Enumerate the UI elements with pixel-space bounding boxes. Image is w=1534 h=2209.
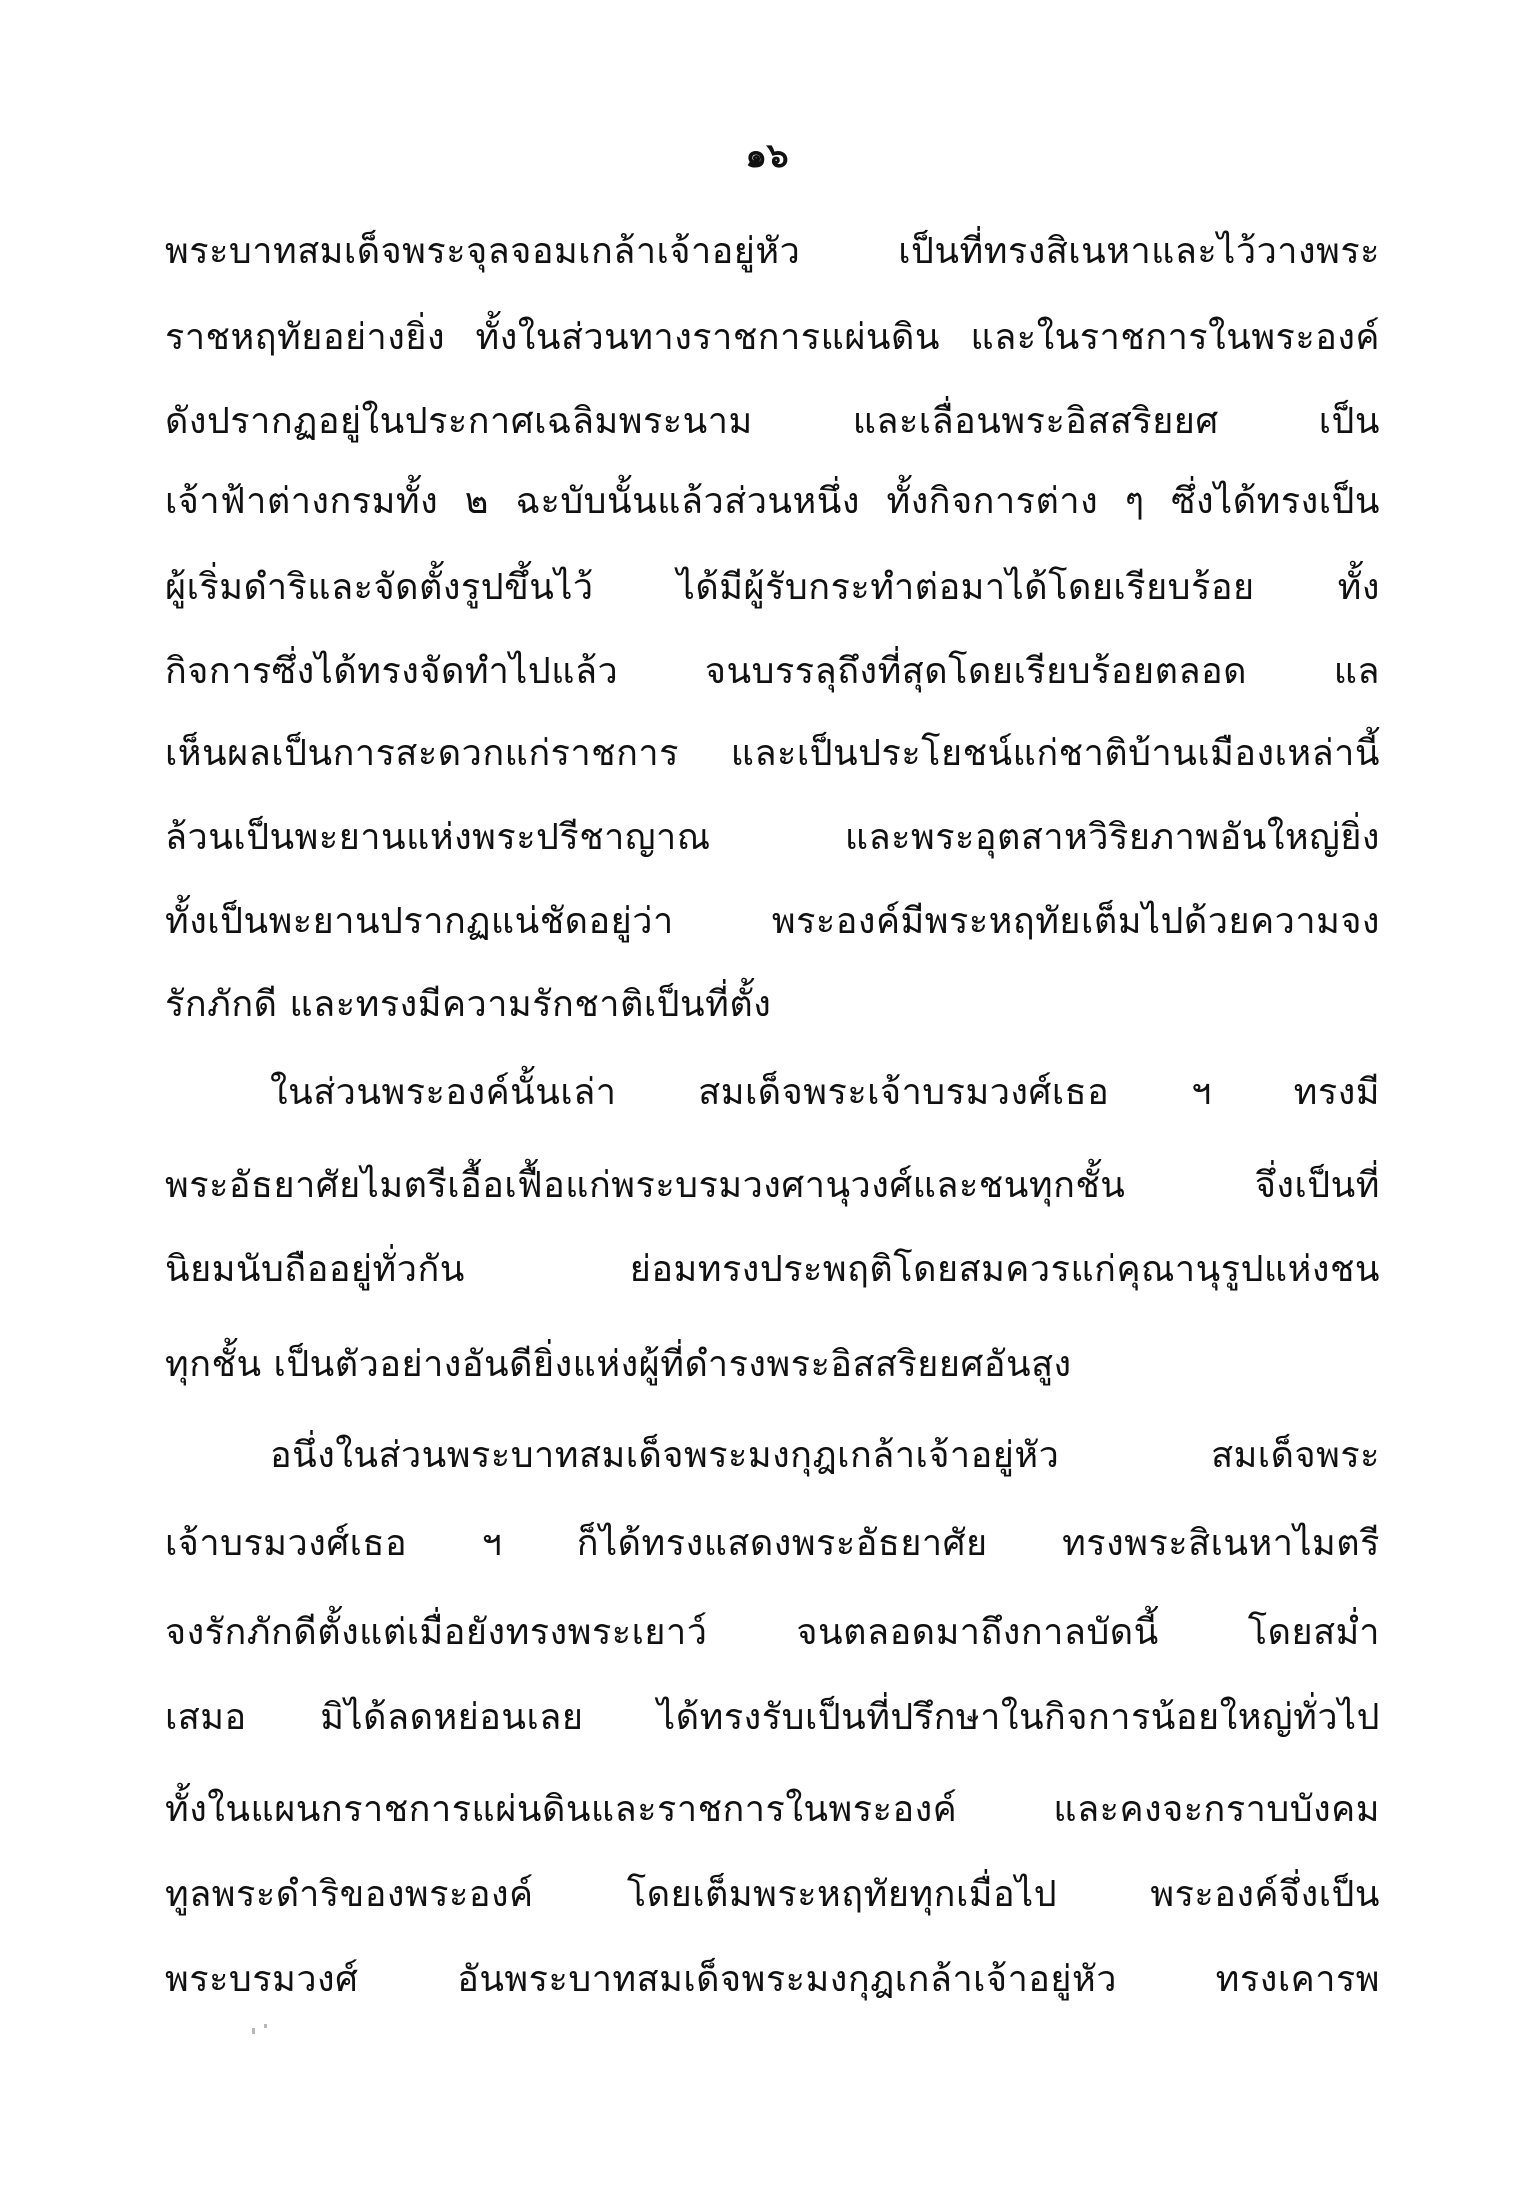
- paragraph-2-line-2: พระอัธยาศัยไมตรีเอื้อเฟื้อแก่พระบรมวงศาน…: [165, 1156, 1380, 1216]
- paragraph-2-line-4: ทุกชั้น เป็นตัวอย่างอันดียิ่งแห่งผู้ที่ด…: [165, 1335, 1380, 1395]
- paragraph-3-line-3: จงรักภักดีตั้งแต่เมื่อยังทรงพระเยาว์ จนต…: [165, 1603, 1380, 1663]
- paragraph-1-line-8: ล้วนเป็นพะยานแห่งพระปรีชาญาณ และพระอุตสา…: [165, 808, 1380, 868]
- paragraph-1-line-5: ผู้เริ่มดำริและจัดตั้งรูปขึ้นไว้ ได้มีผู…: [165, 558, 1380, 618]
- paragraph-3-line-2: เจ้าบรมวงศ์เธอ ฯ ก็ได้ทรงแสดงพระอัธยาศัย…: [165, 1514, 1380, 1574]
- paragraph-3-line-7: พระบรมวงศ์ อันพระบาทสมเด็จพระมงกุฎเกล้าเ…: [165, 1950, 1380, 2010]
- paragraph-2-line-3: นิยมนับถืออยู่ทั่วกัน ย่อมทรงประพฤติโดยส…: [165, 1240, 1380, 1300]
- scan-speck: [264, 2024, 267, 2028]
- paragraph-2-line-1: ในส่วนพระองค์นั้นเล่า สมเด็จพระเจ้าบรมวง…: [270, 1063, 1380, 1123]
- paragraph-1-line-3: ดังปรากฏอยู่ในประกาศเฉลิมพระนาม และเลื่อ…: [165, 392, 1380, 452]
- scan-speck: [252, 2028, 255, 2034]
- paragraph-3-line-1: อนึ่งในส่วนพระบาทสมเด็จพระมงกุฎเกล้าเจ้า…: [270, 1426, 1380, 1486]
- page-number: ๑๖: [0, 128, 1534, 182]
- paragraph-1-line-7: เห็นผลเป็นการสะดวกแก่ราชการ และเป็นประโย…: [165, 724, 1380, 784]
- paragraph-1-line-1: พระบาทสมเด็จพระจุลจอมเกล้าเจ้าอยู่หัว เป…: [165, 222, 1380, 282]
- paragraph-1-line-2: ราชหฤทัยอย่างยิ่ง ทั้งในส่วนทางราชการแผ่…: [165, 308, 1380, 368]
- paragraph-1-line-4: เจ้าฟ้าต่างกรมทั้ง ๒ ฉะบับนั้นแล้วส่วนหน…: [165, 472, 1380, 532]
- paragraph-3-line-5: ทั้งในแผนกราชการแผ่นดินและราชการในพระองค…: [165, 1780, 1380, 1840]
- paragraph-3-line-6: ทูลพระดำริของพระองค์ โดยเต็มพระหฤทัยทุกเ…: [165, 1865, 1380, 1925]
- paragraph-1-line-10: รักภักดี และทรงมีความรักชาติเป็นที่ตั้ง: [165, 975, 1380, 1035]
- paragraph-3-line-4: เสมอ มิได้ลดหย่อนเลย ได้ทรงรับเป็นที่ปรึ…: [165, 1688, 1380, 1748]
- paragraph-1-line-9: ทั้งเป็นพะยานปรากฏแน่ชัดอยู่ว่า พระองค์ม…: [165, 892, 1380, 952]
- paragraph-1-line-6: กิจการซึ่งได้ทรงจัดทำไปแล้ว จนบรรลุถึงที…: [165, 642, 1380, 702]
